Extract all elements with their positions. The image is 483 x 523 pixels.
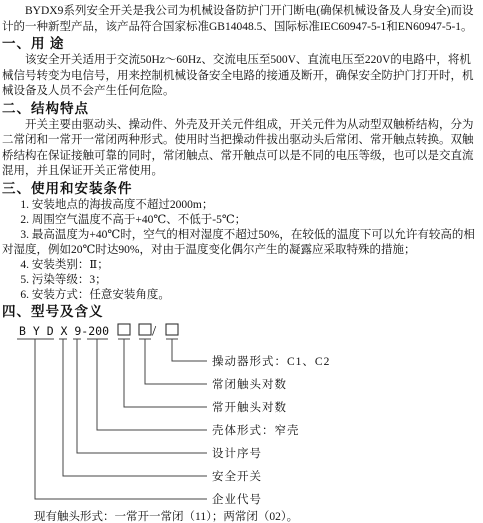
model-number-diagram: B Y D X 9-200 / [2,322,481,510]
connector-company-code [35,339,207,499]
section-2-heading: 二、结构特点 [2,101,481,117]
nc-contact-count-box [139,324,151,335]
label-nc-contacts: 常闭触头对数 [212,377,287,391]
condition-item-1: 1. 安装地点的海拔高度不超过2000m； [2,198,481,213]
model-code-text: B Y D X 9-200 [19,324,109,338]
connector-lines [35,339,207,499]
intro-paragraph: BYDX9系列安全开关是我公司为机械设备防护门开门断电(确保机械设备及人身安全)… [2,4,481,35]
connector-operator-form [172,339,207,361]
condition-item-4: 4. 安装类别：Ⅱ； [2,258,481,273]
slash-separator: / [152,323,157,339]
label-housing-form: 壳体形式：窄壳 [212,423,300,437]
label-company-code: 企业代号 [212,492,262,506]
condition-item-2: 2. 周围空气温度不高于+40℃、不低于-5℃； [2,213,481,228]
condition-item-5: 5. 污染等级：3； [2,273,481,288]
contact-forms-note: 现有触头形式：一常开一常闭（11）；两常闭（02）。 [2,510,481,523]
condition-item-6: 6. 安装方式：任意安装角度。 [2,288,481,303]
connector-no-contacts [124,339,207,407]
condition-item-3: 3. 最高温度为+40℃时，空气的相对湿度不超过50%，在较低的温度下可以允许有… [2,228,481,258]
section-1-body: 该安全开关适用于交流50Hz～60Hz、交流电压至500V、直流电压至220V的… [2,53,481,100]
document-page: BYDX9系列安全开关是我公司为机械设备防护门开门断电(确保机械设备及人身安全)… [0,0,483,523]
placeholder-boxes [118,324,178,335]
installation-conditions-list: 1. 安装地点的海拔高度不超过2000m； 2. 周围空气温度不高于+40℃、不… [2,198,481,303]
section-3-heading: 三、使用和安装条件 [2,181,481,197]
section-4-heading: 四、型号及含义 [2,304,481,320]
label-safety-switch: 安全开关 [212,469,262,483]
label-design-serial: 设计序号 [212,446,262,460]
diagram-labels: 操动器形式：C1、C2 常闭触头对数 常开触头对数 壳体形式：窄壳 设计序号 安… [212,354,330,506]
label-operator-form: 操动器形式：C1、C2 [212,354,330,368]
label-no-contacts: 常开触头对数 [212,400,287,414]
no-contact-count-box [118,324,130,335]
section-1-heading: 一、用 途 [2,36,481,52]
operator-form-box [166,324,178,335]
section-2-body: 开关主要由驱动头、操动件、外壳及开关元件组成，开关元件为从动型双触桥结构，分为二… [2,118,481,180]
